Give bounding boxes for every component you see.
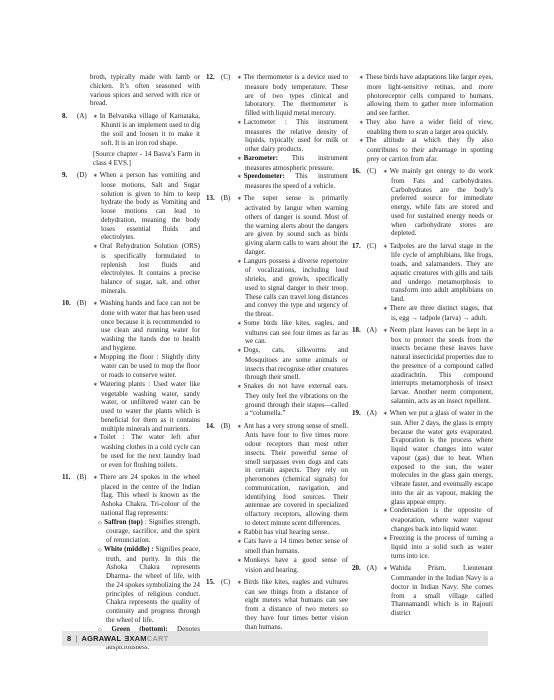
star-bullet-icon: ∗ <box>359 75 366 81</box>
answer-item: 14.(B)∗Ant has a very strong sense of sm… <box>206 422 348 575</box>
brand-logo-exam: ƎXAM <box>124 634 146 643</box>
star-bullet-icon: ∗ <box>237 75 244 81</box>
question-number: 10. <box>62 299 77 308</box>
answer-item-head: 16.(C) <box>352 167 383 176</box>
question-number: 19. <box>352 409 367 418</box>
answer-explanation: ∗When a person has vomiting and loose mo… <box>93 171 200 296</box>
answer-item: 8.(A)∗In Belvanika village of Karnataka,… <box>62 112 200 168</box>
star-bullet-icon: ∗ <box>93 301 100 307</box>
star-bullet-icon: ∗ <box>383 508 390 514</box>
explanation-point: ∗The thermometer is a device used to mea… <box>237 73 348 118</box>
star-bullet-icon: ∗ <box>237 196 244 202</box>
star-bullet-icon: ∗ <box>237 539 244 545</box>
answer-item: 15.(C)∗Birds like kites, eagles and vult… <box>206 578 348 632</box>
explanation-point: ∗Some birds like kites, eagles, and vult… <box>237 319 348 346</box>
answer-letter: (B) <box>221 422 237 431</box>
explanation-point: ∗These birds have adaptations like large… <box>359 73 493 118</box>
answer-letter: (A) <box>77 112 93 121</box>
explanation-point: ∗Watering plants : Used water like veget… <box>93 380 200 434</box>
question-number: 20. <box>352 564 367 573</box>
answer-letter: (B) <box>77 473 93 482</box>
answer-item-head: 9.(D) <box>62 171 93 180</box>
answer-item: 12.(C)∗The thermometer is a device used … <box>206 73 348 191</box>
bold-term: White (middle) : <box>104 545 154 553</box>
brand-logo-cart: CART <box>147 634 169 643</box>
explanation-point: ∗Toilet : The water left after washing c… <box>93 433 200 469</box>
answer-letter: (A) <box>367 564 383 573</box>
answer-letter: (B) <box>221 194 237 203</box>
star-bullet-icon: ∗ <box>359 120 366 126</box>
answer-explanation: ∗Ant has a very strong sense of smell. A… <box>237 422 348 575</box>
explanation-point: ∗Monkeys have a good sense of vision and… <box>237 556 348 575</box>
answer-explanation: ∗There are 24 spokes in the wheel placed… <box>93 473 200 652</box>
explanation-point: ∗Condensation is the opposite of evapora… <box>383 506 493 533</box>
star-bullet-icon: ∗ <box>93 173 100 179</box>
answer-item-head: 19.(A) <box>352 409 383 418</box>
explanation-point: ∗Dogs, cats, silkworms and Mosquitoes ar… <box>237 346 348 382</box>
explanation-point: ∗Wahida Prism, Lieutenant Commander in t… <box>383 564 493 618</box>
explanation-point: [Source chapter - 14 Basva’s Farm in cla… <box>93 150 200 168</box>
explanation-point: ∗Mopping the floor : Slightly dirty wate… <box>93 353 200 380</box>
answer-explanation: ∗Wahida Prism, Lieutenant Commander in t… <box>383 564 493 618</box>
answer-item-head: 14.(B) <box>206 422 237 431</box>
explanation-point: ∗There are 24 spokes in the wheel placed… <box>93 473 200 518</box>
answer-letter: (B) <box>77 299 93 308</box>
explanation-point: ∗In Belvanika village of Karnataka, Khun… <box>93 112 200 148</box>
explanation-point: ∗Snakes do not have external ears. They … <box>237 382 348 418</box>
star-bullet-icon: ∗ <box>237 580 244 586</box>
answer-explanation: ∗Washing hands and face can not be done … <box>93 299 200 469</box>
star-bullet-icon: ∗ <box>237 384 244 390</box>
answer-item-head: 13.(B) <box>206 194 237 203</box>
answer-item: 13.(B)∗The super sense is primarily acti… <box>206 194 348 418</box>
answer-letter: (C) <box>221 73 237 82</box>
answer-item: 11.(B)∗There are 24 spokes in the wheel … <box>62 473 200 652</box>
answer-item: 16.(C)∗We mainly get energy to do work f… <box>352 167 493 238</box>
star-bullet-icon: ∗ <box>237 558 244 564</box>
star-bullet-icon: ∗ <box>93 244 100 250</box>
answer-letter: (C) <box>367 242 383 251</box>
question-number: 12. <box>206 73 221 82</box>
bold-term: Speedometer: <box>244 172 285 180</box>
page-footer: 8 | AGRAWAL ƎXAM CART <box>62 631 488 646</box>
star-bullet-icon: ∗ <box>383 169 390 175</box>
star-bullet-icon: ∗ <box>93 355 100 361</box>
brand-agrawal: AGRAWAL <box>82 634 122 643</box>
star-bullet-icon: ∗ <box>237 348 244 354</box>
explanation-point: ∗Tadpoles are the larval stage in the li… <box>383 242 493 304</box>
answer-item: 10.(B)∗Washing hands and face can not be… <box>62 299 200 469</box>
answer-explanation: ∗The super sense is primarily activated … <box>237 194 348 418</box>
explanation-point: ∗Freezing is the process of turning a li… <box>383 534 493 561</box>
answer-item-head: 17.(C) <box>352 242 383 251</box>
explanation-point: ∗Rabbit has vital hearing sense. <box>237 528 348 538</box>
answer-item-head: 8.(A) <box>62 112 93 121</box>
star-bullet-icon: ∗ <box>93 114 100 120</box>
star-bullet-icon: ∗ <box>383 328 390 334</box>
answer-letter: (A) <box>367 326 383 335</box>
explanation-point: ∗Birds like kites, eagles and vultures c… <box>237 578 348 632</box>
answer-item: 19.(A)∗When we put a glass of water in t… <box>352 409 493 561</box>
explanation-point: ∗The altitude at which they fly also con… <box>359 136 493 163</box>
star-bullet-icon: ∗ <box>237 156 244 162</box>
star-bullet-icon: ∗ <box>93 475 100 481</box>
question-number: 9. <box>62 171 77 180</box>
explanation-point: ∗There are three distinct stages, that i… <box>383 304 493 323</box>
question-number: 15. <box>206 578 221 587</box>
explanation-point: ∗Lactometer : This instrument measures t… <box>237 118 348 154</box>
explanation-point: ∗Cats have a 14 times better sense of sm… <box>237 537 348 556</box>
answer-item: 9.(D)∗When a person has vomiting and loo… <box>62 171 200 296</box>
star-bullet-icon: ∗ <box>359 138 366 144</box>
answer-item: 17.(C)∗Tadpoles are the larval stage in … <box>352 242 493 323</box>
answer-explanation: ∗In Belvanika village of Karnataka, Khun… <box>93 112 200 168</box>
star-bullet-icon: ∗ <box>237 120 244 126</box>
answer-item-head: 11.(B) <box>62 473 93 482</box>
answers-column-left: broth, typically made with lamb or chick… <box>62 73 200 652</box>
answer-letter: (C) <box>221 578 237 587</box>
star-bullet-icon: ∗ <box>93 435 100 441</box>
star-bullet-icon: ∗ <box>383 306 390 312</box>
book-page: broth, typically made with lamb or chick… <box>0 0 554 700</box>
question-number: 17. <box>352 242 367 251</box>
bold-term: Saffron (top) <box>104 518 143 526</box>
answer-explanation: ∗The thermometer is a device used to mea… <box>237 73 348 191</box>
star-bullet-icon: ∗ <box>383 536 390 542</box>
answer-explanation: ∗Birds like kites, eagles and vultures c… <box>237 578 348 632</box>
continued-paragraph: broth, typically made with lamb or chick… <box>90 73 200 108</box>
answers-column-right: ∗These birds have adaptations like large… <box>352 73 493 618</box>
answers-column-middle: 12.(C)∗The thermometer is a device used … <box>206 73 348 631</box>
explanation-point: ∗We mainly get energy to do work from Fa… <box>383 167 493 238</box>
explanation-point: ∗Oral Rehydration Solution (ORS) is spec… <box>93 242 200 296</box>
question-number: 14. <box>206 422 221 431</box>
answer-item-head: 10.(B) <box>62 299 93 308</box>
explanation-point: ∗When we put a glass of water in the sun… <box>383 409 493 506</box>
star-bullet-icon: ∗ <box>237 530 244 536</box>
star-bullet-icon: ∗ <box>93 382 100 388</box>
answer-item: 20.(A)∗Wahida Prism, Lieutenant Commande… <box>352 564 493 618</box>
answer-letter: (D) <box>77 171 93 180</box>
star-bullet-icon: ∗ <box>383 411 390 417</box>
star-bullet-icon: ∗ <box>237 424 244 430</box>
explanation-point: ∗They also have a wider field of view, e… <box>359 118 493 137</box>
answer-item-head: 15.(C) <box>206 578 237 587</box>
question-number: 18. <box>352 326 367 335</box>
answer-item-head: 12.(C) <box>206 73 237 82</box>
star-bullet-icon: ∗ <box>237 259 244 265</box>
sub-point: ◇White (middle) : Signifies peace, truth… <box>98 545 200 625</box>
explanation-point: ∗Ant has a very strong sense of smell. A… <box>237 422 348 528</box>
explanation-point: ∗When a person has vomiting and loose mo… <box>93 171 200 242</box>
footer-separator: | <box>75 634 77 643</box>
answer-item: 18.(A)∗Neem plant leaves can be kept in … <box>352 326 493 406</box>
explanation-point: ∗Speedometer: This instrument measures t… <box>237 172 348 191</box>
explanation-point: ∗Barometer: This instrument measures atm… <box>237 154 348 173</box>
explanation-point: ∗Washing hands and face can not be done … <box>93 299 200 353</box>
answer-letter: (C) <box>367 167 383 176</box>
sub-point: ◇Saffron (top) : Signifies strength, cou… <box>98 518 200 545</box>
continued-bullet-group: ∗These birds have adaptations like large… <box>359 73 493 164</box>
answer-explanation: ∗We mainly get energy to do work from Fa… <box>383 167 493 238</box>
explanation-point: ∗The super sense is primarily activated … <box>237 194 348 256</box>
answer-explanation: ∗Tadpoles are the larval stage in the li… <box>383 242 493 323</box>
answer-explanation: ∗When we put a glass of water in the sun… <box>383 409 493 561</box>
explanation-point: ∗Langurs possess a diverse repertoire of… <box>237 257 348 319</box>
question-number: 16. <box>352 167 367 176</box>
star-bullet-icon: ∗ <box>237 174 244 180</box>
answer-explanation: ∗Neem plant leaves can be kept in a box … <box>383 326 493 406</box>
page-number: 8 <box>67 634 71 643</box>
question-number: 13. <box>206 194 221 203</box>
answer-item-head: 20.(A) <box>352 564 383 573</box>
answer-letter: (A) <box>367 409 383 418</box>
star-bullet-icon: ∗ <box>383 244 390 250</box>
star-bullet-icon: ∗ <box>383 566 390 572</box>
bold-term: Barometer: <box>244 154 278 162</box>
question-number: 11. <box>62 473 77 482</box>
answer-item-head: 18.(A) <box>352 326 383 335</box>
explanation-point: ∗Neem plant leaves can be kept in a box … <box>383 326 493 406</box>
star-bullet-icon: ∗ <box>237 321 244 327</box>
question-number: 8. <box>62 112 77 121</box>
